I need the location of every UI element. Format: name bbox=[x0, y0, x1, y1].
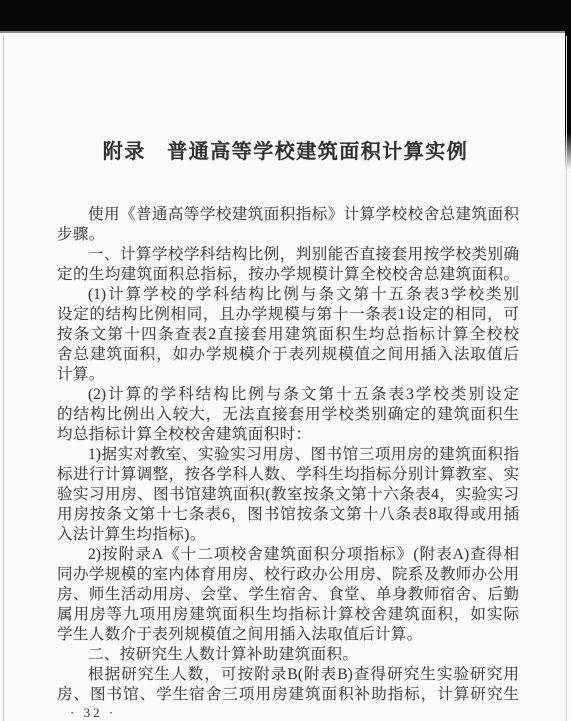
text-line: 均总指标计算全校校舍建筑面积时： bbox=[57, 425, 519, 445]
text-line: (1)计算学校的学科结构比例与条文第十五条表3学校类别 bbox=[57, 285, 519, 305]
text-line: 二、按研究生人数计算补助建筑面积。 bbox=[57, 645, 519, 665]
text-line: 房、图书馆、学生宿舍三项用房建筑面积补助指标，计算研究生 bbox=[57, 685, 519, 705]
text-line: 设定的结构比例相同，且办学规模与第十一条表1设定的相同，可 bbox=[57, 305, 519, 325]
text-line: 学生人数介于表列规模值之间用插入法取值后计算。 bbox=[57, 625, 519, 645]
text-line: 使用《普通高等学校建筑面积指标》计算学校校舍总建筑面积 bbox=[57, 205, 519, 225]
text-line: 验实习用房、图书馆建筑面积(教室按条文第十六条表4，实验实习 bbox=[57, 485, 519, 505]
text-line: 一、计算学校学科结构比例，判别能否直接套用按学校类别确 bbox=[57, 245, 519, 265]
text-line: 的结构比例出入较大，无法直接套用学校类别确定的建筑面积生 bbox=[57, 405, 519, 425]
text-line: 1)据实对教室、实验实习用房、图书馆三项用房的建筑面积指 bbox=[57, 445, 519, 465]
page-number: · 32 · bbox=[70, 704, 116, 721]
text-line: 按条文第十四条查表2直接套用建筑面积生均总指标计算全校校 bbox=[57, 325, 519, 345]
text-line: 用房按条文第十七条表6，图书馆按条文第十八条表8取得或用插 bbox=[57, 505, 519, 525]
text-line: 2)按附录A《十二项校舍建筑面积分项指标》(附表A)查得相 bbox=[57, 545, 519, 565]
text-line: 标进行计算调整，按各学科人数、学科生均指标分别计算教室、实 bbox=[57, 465, 519, 485]
text-line: 步骤。 bbox=[57, 225, 519, 245]
top-scan-bar bbox=[0, 0, 571, 33]
text-line: 定的生均建筑面积总指标，按办学规模计算全校校舍总建筑面积。 bbox=[57, 265, 519, 285]
body-text: 使用《普通高等学校建筑面积指标》计算学校校舍总建筑面积步骤。一、计算学校学科结构… bbox=[57, 205, 519, 705]
text-line: 计算。 bbox=[57, 365, 519, 385]
text-line: (2)计算的学科结构比例与条文第十五条表3学校类别设定 bbox=[57, 385, 519, 405]
scanned-document-page: 附录 普通高等学校建筑面积计算实例 使用《普通高等学校建筑面积指标》计算学校校舍… bbox=[0, 0, 571, 721]
text-line: 根据研究生人数，可按附录B(附表B)查得研究生实验研究用 bbox=[57, 665, 519, 685]
text-line: 房、师生活动用房、会堂、学生宿舍、食堂、单身教师宿舍、后勤及附 bbox=[57, 585, 519, 605]
page-title: 附录 普通高等学校建筑面积计算实例 bbox=[0, 139, 571, 166]
text-line: 入法计算生均指标)。 bbox=[57, 525, 519, 545]
text-line: 同办学规模的室内体育用房、校行政办公用房、院系及教师办公用 bbox=[57, 565, 519, 585]
text-line: 属用房等九项用房建筑面积生均指标计算校舍建筑面积，如实际 bbox=[57, 605, 519, 625]
text-line: 舍总建筑面积，如办学规模介于表列规模值之间用插入法取值后 bbox=[57, 345, 519, 365]
